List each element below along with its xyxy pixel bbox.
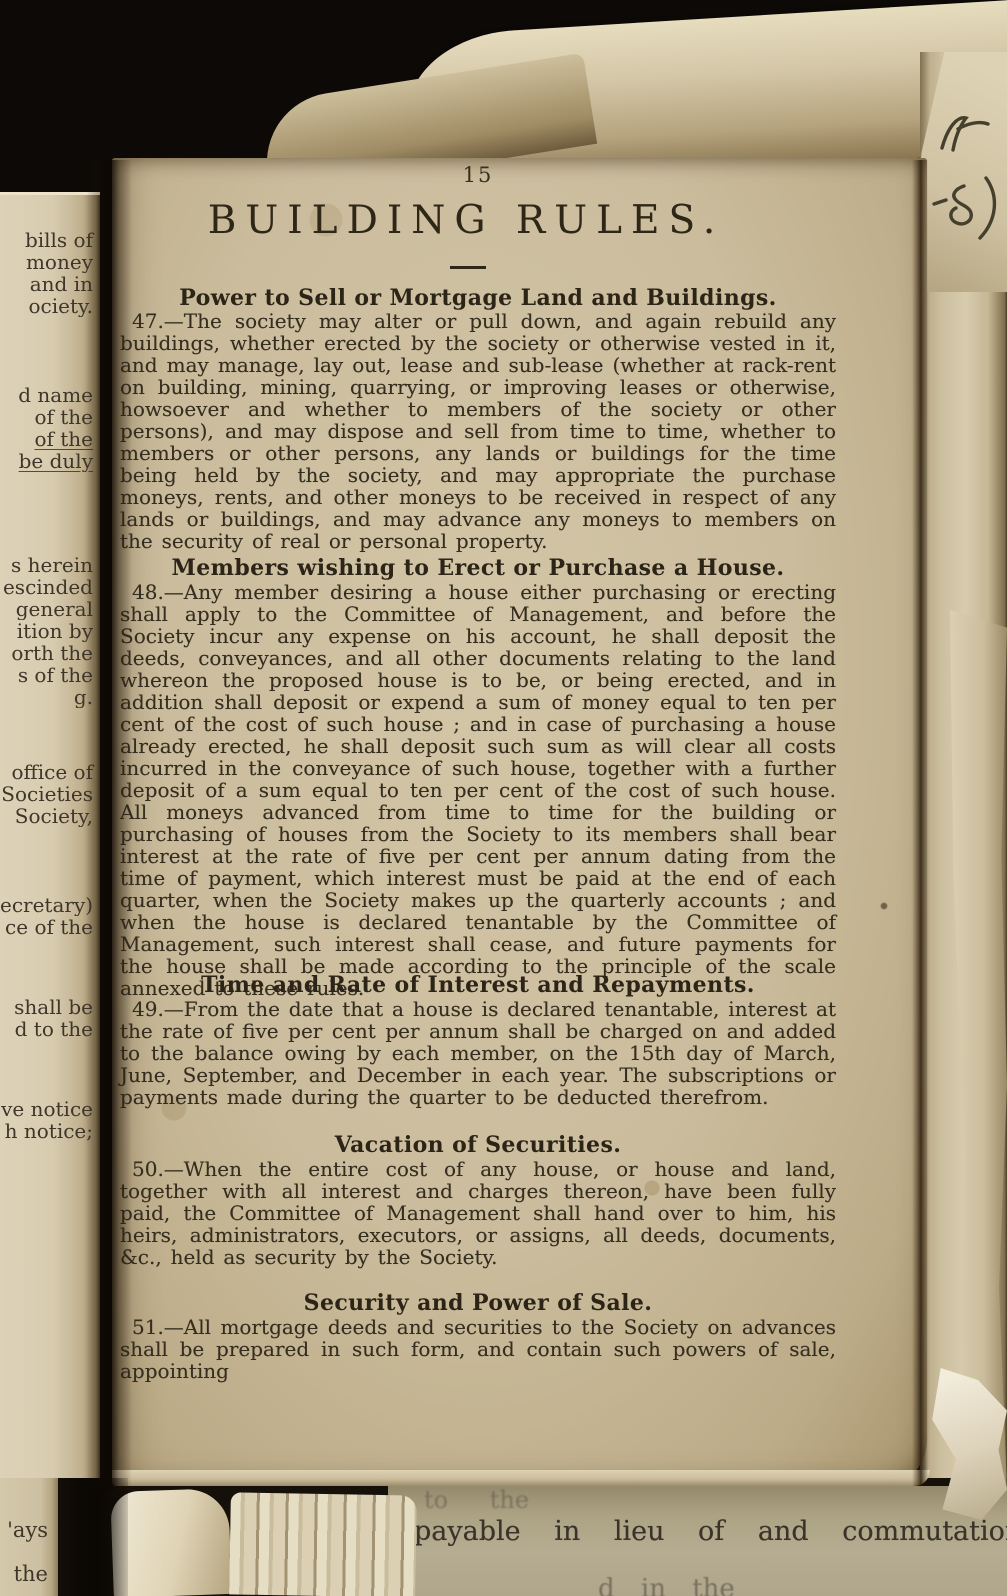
fragment-line: s herein [0, 554, 100, 576]
fragment-line: ecretary) [0, 894, 100, 916]
facing-page-fragment-group: bills of money and in ociety. [0, 229, 100, 317]
page-edge-crease [912, 160, 928, 1486]
fragment-line: of the [0, 428, 100, 450]
section-heading-members-wishing: Members wishing to Erect or Purchase a H… [120, 555, 836, 581]
fragment-line: ociety. [0, 295, 100, 317]
curled-page-edge [110, 1488, 232, 1596]
fragment-line: bills of [0, 229, 100, 251]
rule-49-paragraph: 49.—From the date that a house is declar… [120, 998, 836, 1108]
next-page-text-line: payable in lieu of and commutation [414, 1516, 1007, 1547]
fragment-line: office of [0, 761, 100, 783]
page-number: 15 [120, 163, 836, 187]
facing-page-fragment-group: shall be d to the [0, 996, 100, 1040]
section-heading-power-to-sell: Power to Sell or Mortgage Land and Build… [120, 285, 836, 311]
facing-page-fragment-group: s herein escinded general ition by orth … [0, 554, 100, 708]
facing-page-fragment-group: office of Societies Society, [0, 761, 100, 827]
fragment-line: d name [0, 384, 100, 406]
rule-47-paragraph: 47.—The society may alter or pull down, … [120, 310, 836, 552]
fragment-line: the [0, 1562, 58, 1586]
page-bottom-edge [112, 1470, 930, 1486]
fragment-line: ition by [0, 620, 100, 642]
fragment-line: ve notice [0, 1098, 100, 1120]
fragment-line: and in [0, 273, 100, 295]
rule-48-paragraph: 48.—Any member desiring a house either p… [120, 581, 836, 999]
book-scan-photo: bills of money and in ociety. d name of … [0, 0, 1007, 1596]
facing-page-fragment-group: ecretary) ce of the [0, 894, 100, 938]
facing-page-fragment-group: ve notice h notice; [0, 1098, 100, 1142]
gutter-bottom-shadow [52, 1478, 128, 1596]
rule-51-paragraph: 51.—All mortgage deeds and securities to… [120, 1316, 836, 1382]
fragment-line: h notice; [0, 1120, 100, 1142]
fragment-line: ce of the [0, 916, 100, 938]
section-heading-security-power-of-sale: Security and Power of Sale. [120, 1290, 836, 1316]
fragment-line: general [0, 598, 100, 620]
facing-page-bottom: 'ays the [0, 1478, 58, 1596]
fragment-line: escinded [0, 576, 100, 598]
fragment-line: Societies [0, 783, 100, 805]
rule-50-paragraph: 50.—When the entire cost of any house, o… [120, 1158, 836, 1268]
book-page-15: 15 BUILDING RULES. Power to Sell or Mort… [112, 158, 927, 1488]
fragment-line: Society, [0, 805, 100, 827]
faint-text-line: to the [424, 1486, 529, 1514]
fragment-line: shall be [0, 996, 100, 1018]
facing-page-fragment-group: d name of the of the be duly [0, 384, 100, 472]
facing-page-edge: bills of money and in ociety. d name of … [0, 192, 100, 1487]
handwritten-mark-icon [912, 94, 1007, 244]
book-gutter-shadow [86, 160, 132, 1490]
title-rule-divider [450, 266, 486, 269]
fragment-line: d to the [0, 1018, 100, 1040]
fragment-line: money [0, 251, 100, 273]
section-heading-time-and-rate: Time and Rate of Interest and Repayments… [120, 972, 836, 998]
fragment-line: orth the [0, 642, 100, 664]
fragment-line: g. [0, 686, 100, 708]
fragment-line: s of the [0, 664, 100, 686]
page-stack-edges [229, 1492, 417, 1596]
faint-text-line-bottom: d in the [598, 1574, 735, 1596]
page-title: BUILDING RULES. [108, 198, 824, 243]
text-column: 15 BUILDING RULES. Power to Sell or Mort… [120, 158, 836, 1488]
section-heading-vacation-of-securities: Vacation of Securities. [120, 1132, 836, 1158]
book-bottom-area: to the payable in lieu of and commutatio… [0, 1478, 1007, 1596]
fragment-line: 'ays [0, 1518, 58, 1542]
fragment-line: be duly [0, 450, 100, 472]
next-page-peek: to the payable in lieu of and commutatio… [388, 1486, 1007, 1596]
fragment-line: of the [0, 406, 100, 428]
